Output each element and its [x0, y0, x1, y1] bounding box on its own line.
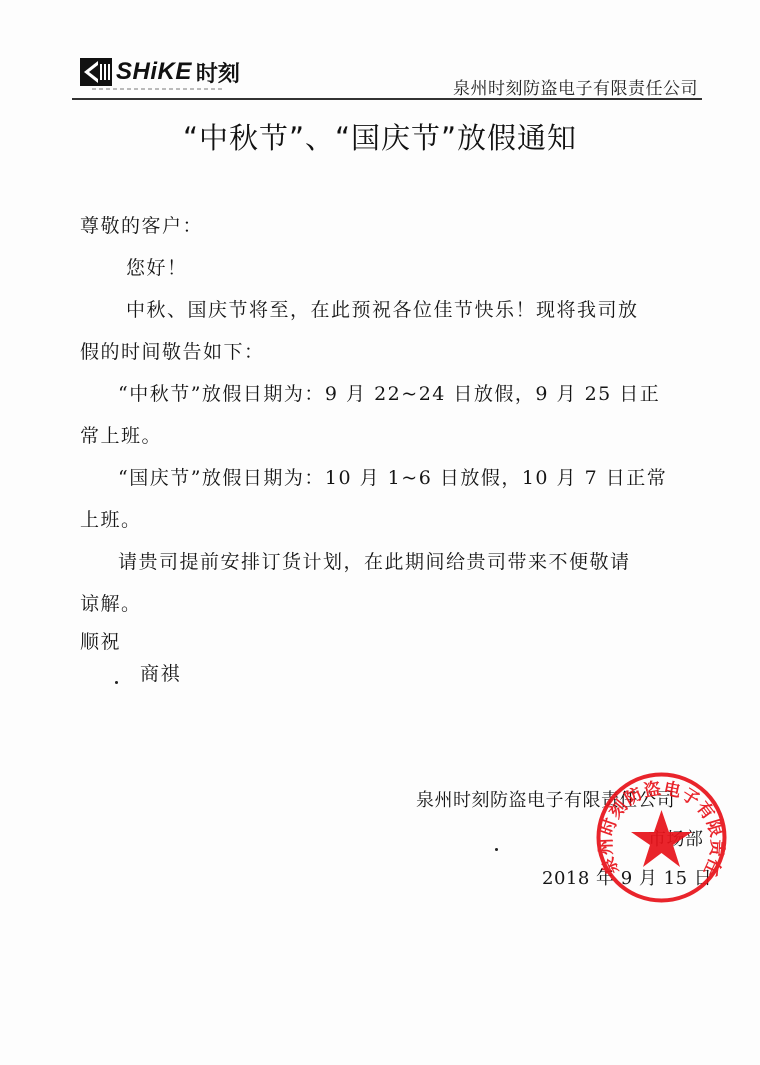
notice-title: “中秋节”、“国庆节”放假通知 [0, 116, 760, 157]
paragraph-3-line-1: “国庆节”放假日期为：10 月 1~6 日放假，10 月 7 日正常 [118, 466, 667, 490]
salutation: 尊敬的客户： [80, 214, 203, 238]
signature-date: 2018 年 9 月 15 日 [542, 864, 712, 890]
header-divider [72, 98, 702, 100]
closing-1: 顺祝 [80, 630, 121, 654]
paragraph-4-line-1: 请贵司提前安排订货计划，在此期间给贵司带来不便敬请 [118, 550, 631, 574]
paragraph-1-line-2: 假的时间敬告如下： [80, 340, 265, 364]
signature-department: 市场部 [648, 825, 704, 851]
paragraph-3-line-2: 上班。 [80, 508, 142, 532]
greeting: 您好！ [126, 256, 188, 280]
ink-dot [115, 681, 118, 684]
notice-document: SHiKE 时刻 泉州时刻防盗电子有限责任公司 “中秋节”、“国庆节”放假通知 … [0, 0, 760, 1065]
logo-tagline [92, 88, 222, 90]
paragraph-4-line-2: 谅解。 [80, 592, 142, 616]
paragraph-1-line-1: 中秋、国庆节将至，在此预祝各位佳节快乐！现将我司放 [126, 298, 639, 322]
paragraph-2-line-1: “中秋节”放假日期为：9 月 22~24 日放假，9 月 25 日正 [118, 382, 660, 406]
logo-mark-icon [80, 58, 112, 86]
ink-dot [495, 848, 498, 851]
company-name-header: 泉州时刻防盗电子有限责任公司 [453, 74, 698, 99]
paragraph-2-line-2: 常上班。 [80, 424, 162, 448]
signature-company: 泉州时刻防盗电子有限责任公司 [416, 786, 675, 812]
logo-text: SHiKE [116, 58, 192, 86]
logo-chinese: 时刻 [196, 57, 240, 88]
company-logo: SHiKE 时刻 [80, 56, 240, 88]
closing-2: 商祺 [140, 662, 181, 686]
